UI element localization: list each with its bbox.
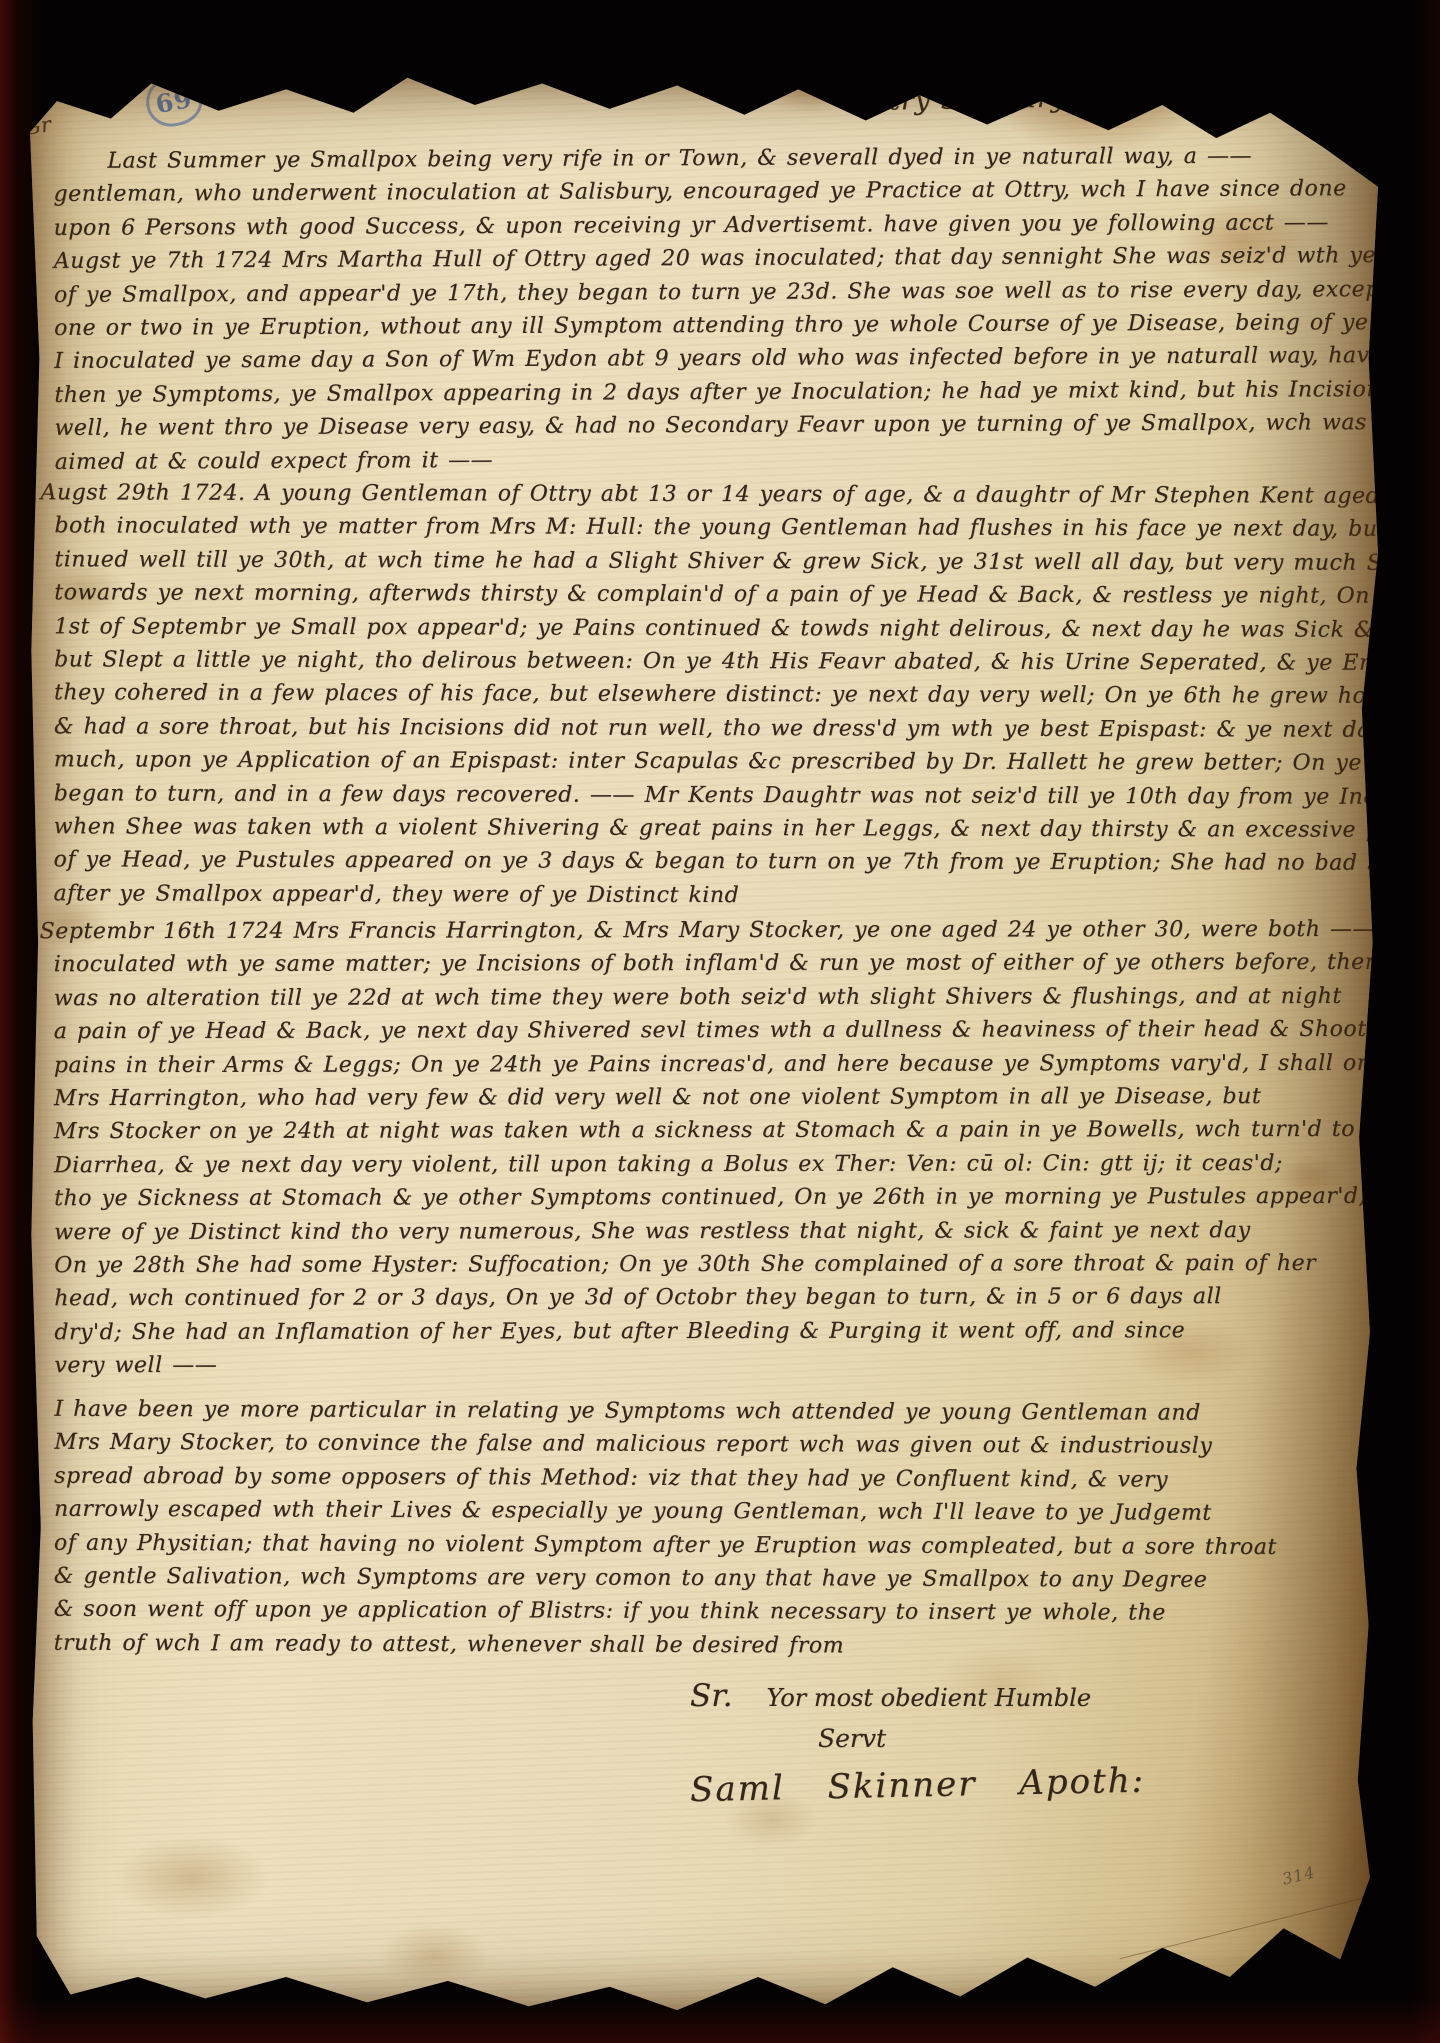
manuscript-line: truth of wch I am ready to attest, whene… — [54, 1627, 1372, 1665]
manuscript-line: very well —— — [54, 1347, 1372, 1383]
manuscript-line: On ye 28th She had some Hyster: Suffocat… — [54, 1247, 1372, 1283]
signature: Saml Skinner Apoth: — [690, 1756, 1371, 1810]
manuscript-line: Augst 29th 1724. A young Gentleman of Ot… — [54, 476, 1372, 513]
manuscript-line: much, upon ye Application of an Epispast… — [54, 744, 1372, 781]
letter-paragraph: Septembr 16th 1724 Mrs Francis Harringto… — [54, 913, 1373, 1383]
manuscript-line: I have been ye more particular in relati… — [54, 1393, 1372, 1431]
manuscript-line: dry'd; She had an Inflamation of her Eye… — [54, 1314, 1372, 1350]
manuscript-line: 1st of Septembr ye Small pox appear'd; y… — [54, 610, 1372, 647]
manuscript-line: narrowly escaped wth their Lives & espec… — [54, 1493, 1372, 1531]
manuscript-line: of ye Head, ye Pustules appeared on ye 3… — [54, 844, 1372, 881]
manuscript-line: aimed at & could expect from it —— — [55, 440, 1373, 479]
letter-body: Last Summer ye Smallpox being very rife … — [54, 142, 1372, 1662]
letter-dateline: Ottry St. Mary Jany 30th. 1724/5 — [853, 78, 1336, 117]
manuscript-line: I inoculated ye same day a Son of Wm Eyd… — [54, 340, 1372, 379]
manuscript-line: Diarrhea, & ye next day very violent, ti… — [54, 1147, 1372, 1183]
manuscript-line: & soon went off upon ye application of B… — [54, 1593, 1372, 1631]
manuscript-line: began to turn, and in a few days recover… — [54, 777, 1372, 814]
closing-line: Sr.Yor most obedient Humble — [690, 1678, 1370, 1714]
manuscript-line: & gentle Salivation, wch Symptoms are ve… — [54, 1560, 1372, 1598]
manuscript-photo: Gr 69 Ottry St. Mary Jany 30th. 1724/5 L… — [0, 0, 1440, 2043]
manuscript-line: of any Physitian; that having no violent… — [54, 1526, 1372, 1564]
manuscript-line: both inoculated wth ye matter from Mrs M… — [54, 510, 1372, 547]
manuscript-line: towards ye next morning, afterwds thirst… — [54, 577, 1372, 614]
manuscript-line: Mrs Harrington, who had very few & did v… — [54, 1080, 1372, 1116]
manuscript-line: inoculated wth ye same matter; ye Incisi… — [54, 947, 1372, 983]
manuscript-page: Gr 69 Ottry St. Mary Jany 30th. 1724/5 L… — [30, 66, 1378, 2014]
manuscript-line: was no alteration till ye 22d at wch tim… — [54, 980, 1372, 1016]
manuscript-line: when Shee was taken wth a violent Shiver… — [54, 810, 1372, 847]
closing-compliment: Yor most obedient Humble — [767, 1684, 1091, 1712]
manuscript-line: well, he went thro ye Disease very easy,… — [54, 406, 1372, 445]
manuscript-line: gentleman, who underwent inoculation at … — [53, 173, 1371, 212]
manuscript-line: they cohered in a few places of his face… — [54, 677, 1372, 714]
letter-paragraph: Last Summer ye Smallpox being very rife … — [53, 139, 1372, 479]
manuscript-line: Mrs Stocker on ye 24th at night was take… — [54, 1114, 1372, 1150]
manuscript-line: after ye Smallpox appear'd, they were of… — [53, 877, 1371, 914]
manuscript-line: pains in their Arms & Leggs; On ye 24th … — [54, 1047, 1372, 1083]
manuscript-line: tinued well till ye 30th, at wch time he… — [54, 543, 1372, 580]
manuscript-line: tho ye Sickness at Stomach & ye other Sy… — [54, 1180, 1372, 1216]
manuscript-line: spread abroad by some opposers of this M… — [54, 1460, 1372, 1498]
manuscript-line: Mrs Mary Stocker, to convince the false … — [54, 1426, 1372, 1464]
manuscript-line: but Slept a little ye night, tho delirou… — [54, 643, 1372, 680]
letter-paragraph: I have been ye more particular in relati… — [54, 1393, 1373, 1665]
pencil-folio-number: 314 — [1280, 1862, 1317, 1889]
manuscript-line: & had a sore throat, but his Incisions d… — [54, 710, 1372, 747]
manuscript-line: Augst ye 7th 1724 Mrs Martha Hull of Ott… — [54, 239, 1372, 278]
crease-line — [1120, 1898, 1363, 1959]
letter-closing: Sr.Yor most obedient Humble Servt Saml S… — [690, 1678, 1370, 1803]
closing-servant: Servt — [818, 1724, 1370, 1753]
closing-salutation: Sr. — [690, 1678, 733, 1714]
manuscript-line: were of ye Distinct kind tho very numero… — [54, 1214, 1372, 1250]
left-edge-marks: Gr — [22, 112, 52, 140]
manuscript-line: a pain of ye Head & Back, ye next day Sh… — [54, 1013, 1372, 1049]
archive-stamp: 69 — [142, 71, 207, 131]
letter-paragraph: Augst 29th 1724. A young Gentleman of Ot… — [53, 476, 1372, 914]
manuscript-line: head, wch continued for 2 or 3 days, On … — [54, 1281, 1372, 1317]
manuscript-line: Septembr 16th 1724 Mrs Francis Harringto… — [54, 913, 1372, 949]
